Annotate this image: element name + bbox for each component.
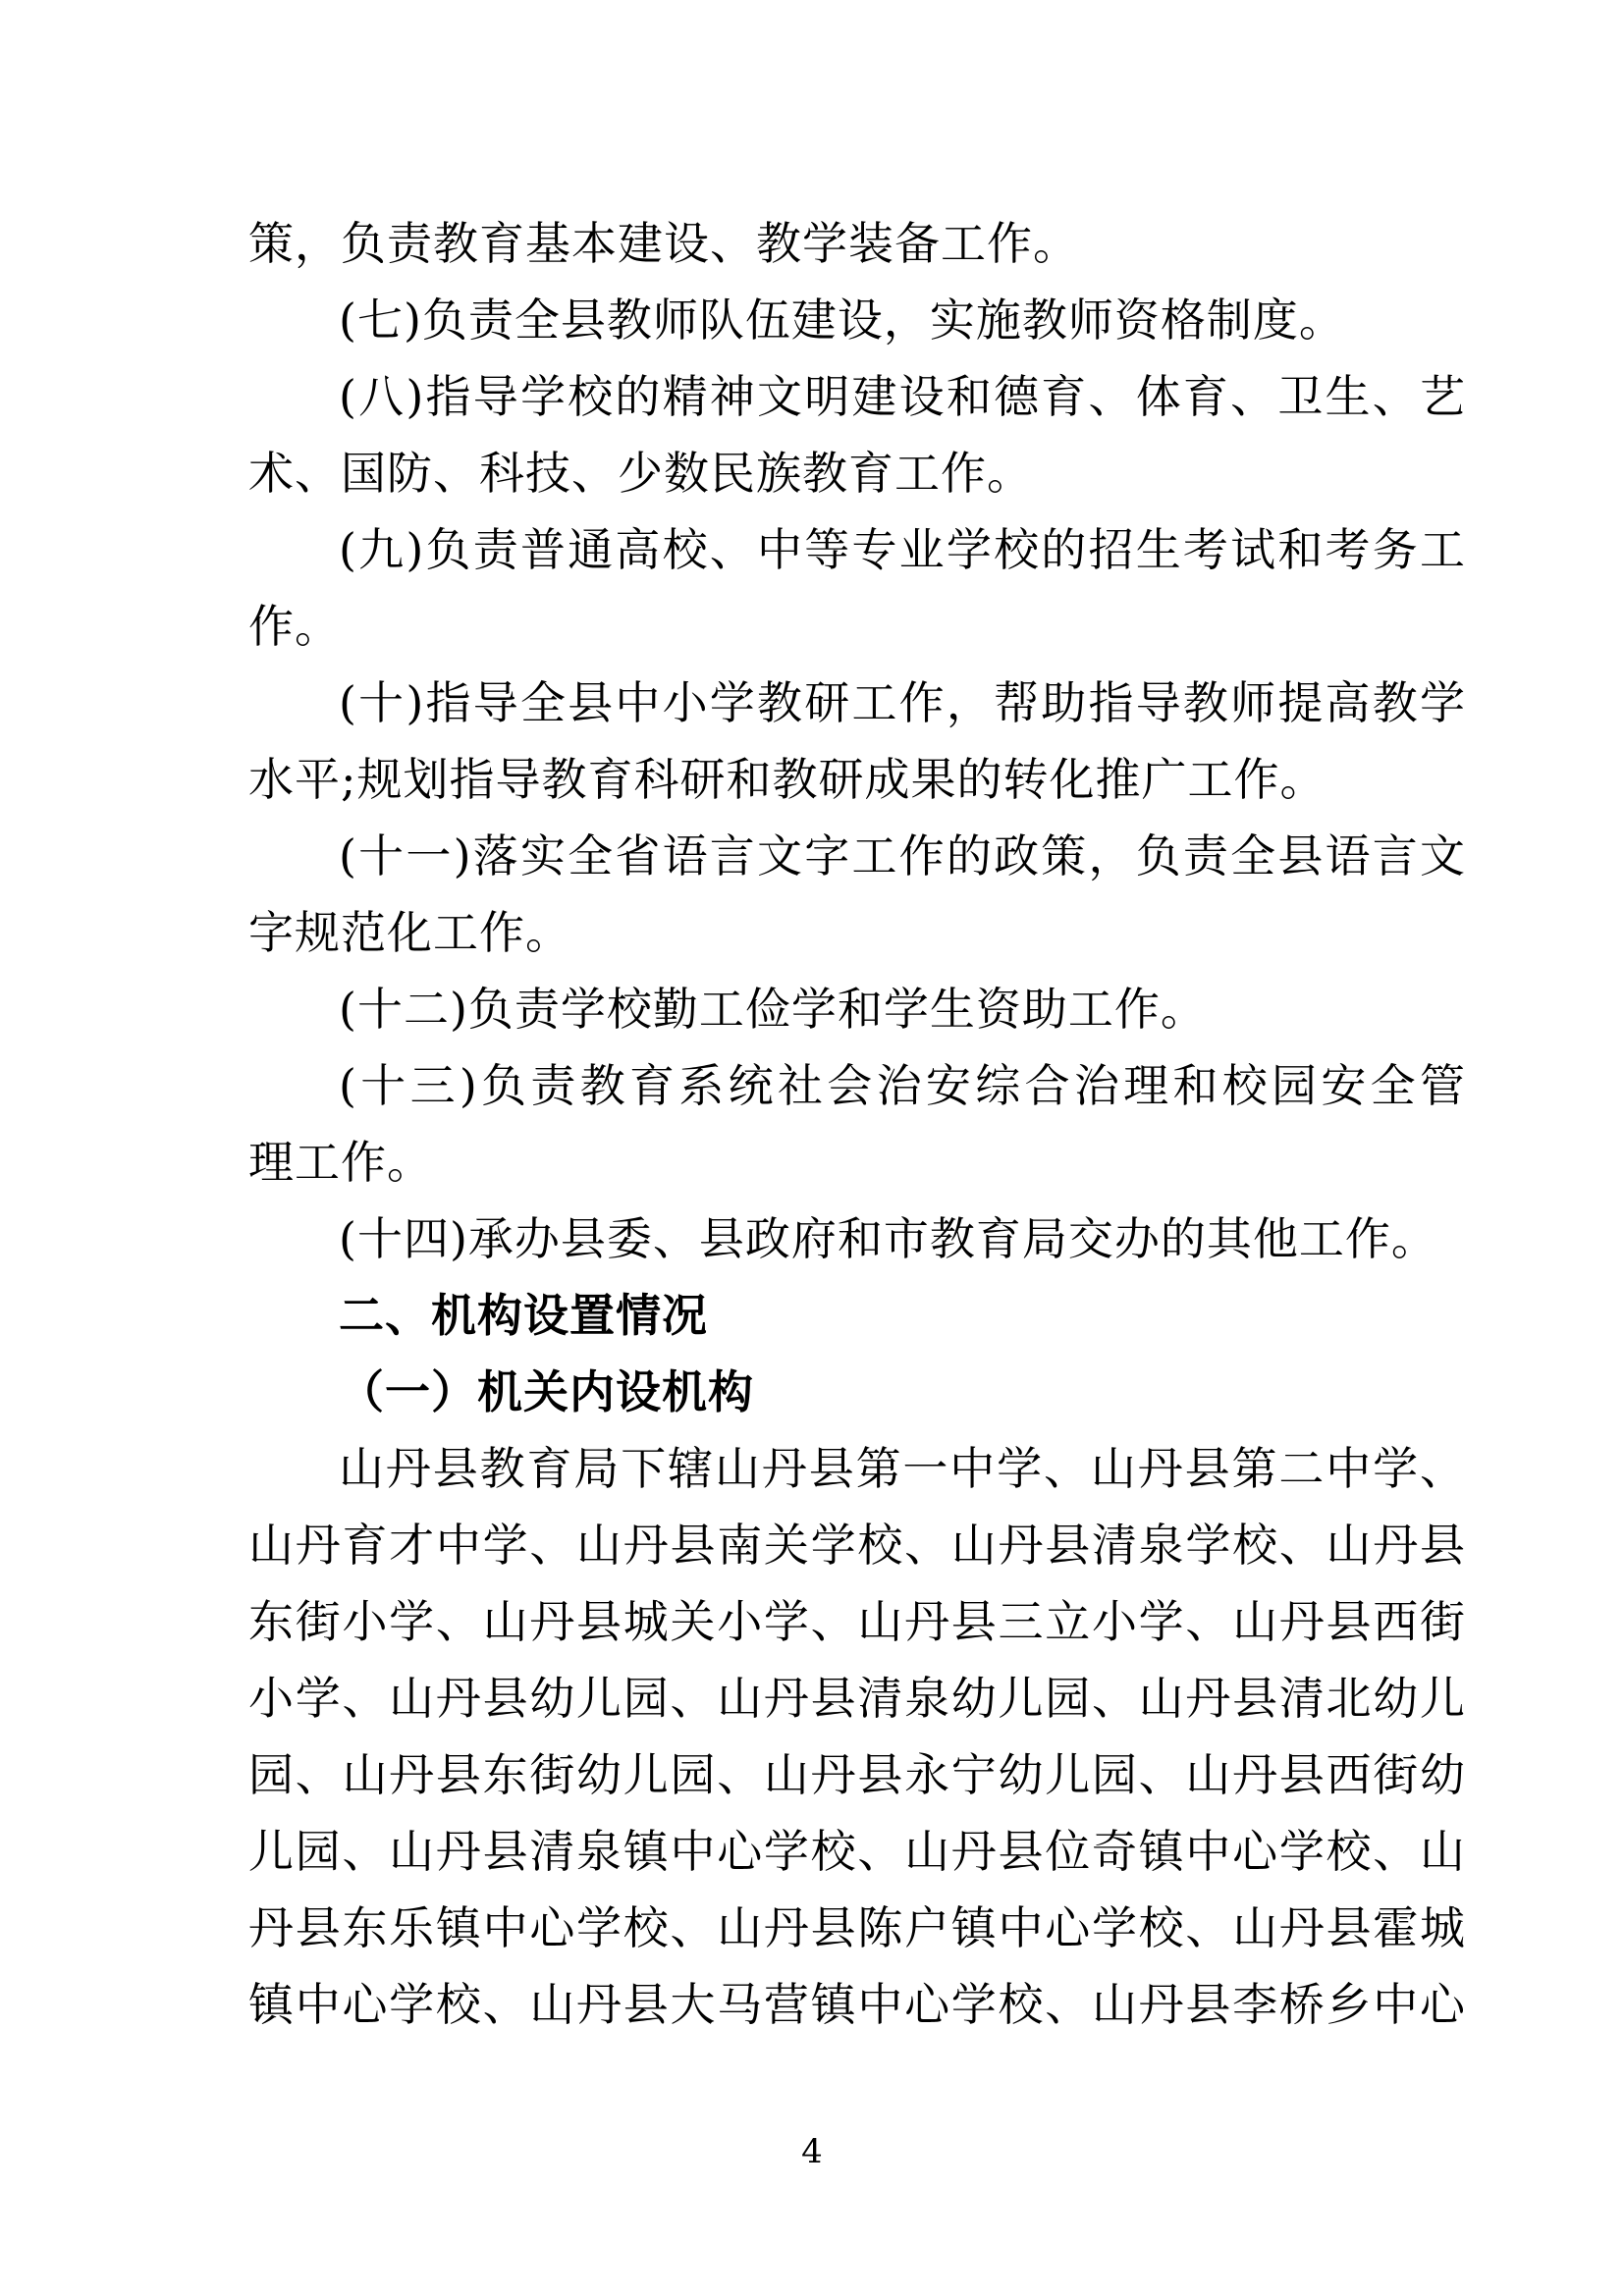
section-heading: 二、机构设置情况 <box>248 1277 1466 1354</box>
body-line: (十二)负责学校勤工俭学和学生资助工作。 <box>248 971 1466 1047</box>
body-line: 园、山丹县东街幼儿园、山丹县永宁幼儿园、山丹县西街幼 <box>248 1736 1466 1813</box>
body-line: 儿园、山丹县清泉镇中心学校、山丹县位奇镇中心学校、山 <box>248 1813 1466 1890</box>
body-line: (十三)负责教育系统社会治安综合治理和校园安全管 <box>248 1047 1466 1124</box>
body-line: 丹县东乐镇中心学校、山丹县陈户镇中心学校、山丹县霍城 <box>248 1890 1466 1966</box>
body-line: (九)负责普通高校、中等专业学校的招生考试和考务工 <box>248 511 1466 588</box>
body-line: 作。 <box>248 588 1466 665</box>
body-line: 术、国防、科技、少数民族教育工作。 <box>248 435 1466 511</box>
document-body: 策，负责教育基本建设、教学装备工作。 (七)负责全县教师队伍建设，实施教师资格制… <box>248 205 1466 2043</box>
body-line: 字规范化工作。 <box>248 894 1466 971</box>
body-line: 理工作。 <box>248 1124 1466 1201</box>
body-line: 水平;规划指导教育科研和教研成果的转化推广工作。 <box>248 741 1466 818</box>
page-number: 4 <box>0 2132 1624 2171</box>
body-line: 东街小学、山丹县城关小学、山丹县三立小学、山丹县西街 <box>248 1583 1466 1660</box>
body-line: (七)负责全县教师队伍建设，实施教师资格制度。 <box>248 282 1466 358</box>
body-line: (十一)落实全省语言文字工作的政策，负责全县语言文 <box>248 818 1466 894</box>
body-line: 策，负责教育基本建设、教学装备工作。 <box>248 205 1466 282</box>
body-line: (十四)承办县委、县政府和市教育局交办的其他工作。 <box>248 1201 1466 1277</box>
body-line: (十)指导全县中小学教研工作，帮助指导教师提高教学 <box>248 665 1466 741</box>
document-page: 策，负责教育基本建设、教学装备工作。 (七)负责全县教师队伍建设，实施教师资格制… <box>0 0 1624 2296</box>
body-line: 山丹县教育局下辖山丹县第一中学、山丹县第二中学、 <box>248 1430 1466 1507</box>
body-line: 镇中心学校、山丹县大马营镇中心学校、山丹县李桥乡中心 <box>248 1966 1466 2043</box>
subsection-heading: （一）机关内设机构 <box>248 1354 1466 1430</box>
body-line: (八)指导学校的精神文明建设和德育、体育、卫生、艺 <box>248 358 1466 435</box>
body-line: 小学、山丹县幼儿园、山丹县清泉幼儿园、山丹县清北幼儿 <box>248 1660 1466 1736</box>
body-line: 山丹育才中学、山丹县南关学校、山丹县清泉学校、山丹县 <box>248 1507 1466 1583</box>
